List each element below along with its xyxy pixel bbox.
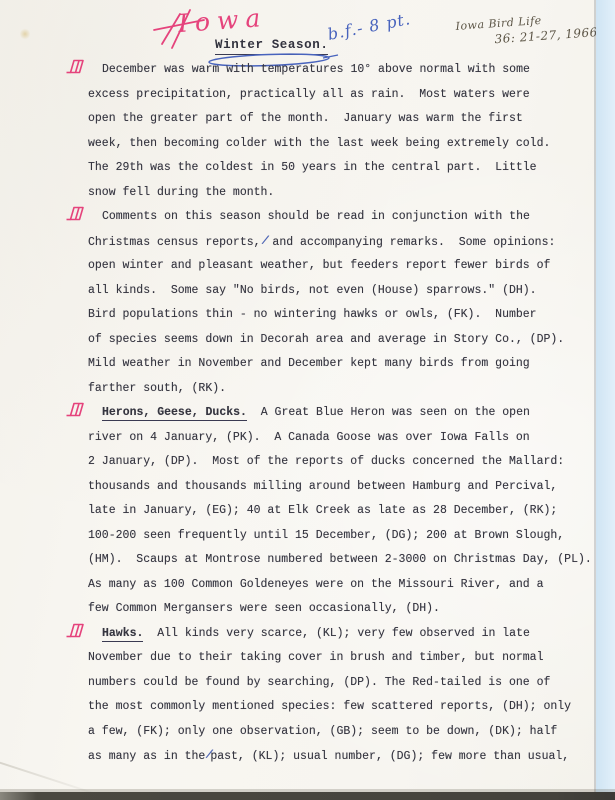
text-line: a few, (FK); only one observation, (GB);…: [88, 720, 600, 745]
pink-paragraph-mark-icon: [66, 402, 86, 428]
blue-insertion-mark-icon: ∕: [203, 743, 212, 768]
section-heading: Herons, Geese, Ducks.: [102, 406, 247, 421]
typewritten-text: December was warm with temperatures 10° …: [102, 63, 530, 76]
paper-stain: [20, 28, 30, 40]
page-title: Winter Season.: [215, 35, 328, 53]
typewritten-text: open winter and pleasant weather, but fe…: [88, 259, 550, 272]
typewritten-text: late in January, (EG); 40 at Elk Creek a…: [88, 504, 557, 517]
typewritten-text: snow fell during the month.: [88, 186, 274, 199]
handwritten-iowa-text: Iowa: [177, 3, 268, 38]
pink-paragraph-mark-icon: [66, 59, 86, 85]
section-heading: Hawks.: [102, 627, 143, 642]
text-line: farther south, (RK).: [88, 377, 600, 402]
typewritten-text: Christmas census reports,: [88, 236, 261, 249]
text-line: open the greater part of the month. Janu…: [88, 107, 600, 132]
citation-note: Iowa Bird Life 36: 21-27, 1966: [455, 10, 598, 49]
text-line: week, then becoming colder with the last…: [88, 132, 600, 157]
typewritten-text: all kinds. Some say "No birds, not even …: [88, 284, 537, 297]
typewritten-text: a few, (FK); only one observation, (GB);…: [88, 725, 557, 738]
text-line: November due to their taking cover in br…: [88, 646, 600, 671]
text-line: 2 January, (DP). Most of the reports of …: [88, 450, 600, 475]
typewritten-text: 100-200 seen frequently until 15 Decembe…: [88, 529, 564, 542]
text-line: Christmas census reports,∕ and accompany…: [88, 230, 600, 255]
typewritten-text: Comments on this season should be read i…: [102, 210, 530, 223]
text-line: numbers could be found by searching, (DP…: [88, 671, 600, 696]
text-line: As many as 100 Common Goldeneyes were on…: [88, 573, 600, 598]
text-line: snow fell during the month.: [88, 181, 600, 206]
text-line: 100-200 seen frequently until 15 Decembe…: [88, 524, 600, 549]
text-line: as many as in the∕past, (KL); usual numb…: [88, 744, 600, 769]
scanned-document-page: Iowa Winter Season. b.f.- 8 pt. Iowa Bir…: [0, 0, 615, 800]
text-line: The 29th was the coldest in 50 years in …: [88, 156, 600, 181]
typewritten-text: numbers could be found by searching, (DP…: [88, 676, 550, 689]
pink-paragraph-mark-icon: [66, 206, 86, 232]
typewritten-text: Bird populations thin - no wintering haw…: [88, 308, 537, 321]
pink-paragraph-mark-icon: [66, 623, 86, 649]
document-body: December was warm with temperatures 10° …: [0, 58, 600, 769]
text-line: December was warm with temperatures 10° …: [66, 58, 600, 83]
text-line: all kinds. Some say "No birds, not even …: [88, 279, 600, 304]
typewritten-text: the most commonly mentioned species: few…: [88, 700, 571, 713]
text-line: late in January, (EG); 40 at Elk Creek a…: [88, 499, 600, 524]
typesetting-note: b.f.- 8 pt.: [326, 9, 412, 44]
typewritten-text: A Great Blue Heron was seen on the open: [247, 406, 530, 419]
text-line: Comments on this season should be read i…: [66, 205, 600, 230]
text-line: (HM). Scaups at Montrose numbered betwee…: [88, 548, 600, 573]
text-line: thousands and thousands milling around b…: [88, 475, 600, 500]
text-line: Mild weather in November and December ke…: [88, 352, 600, 377]
text-line: few Common Mergansers were seen occasion…: [88, 597, 600, 622]
text-line: Bird populations thin - no wintering haw…: [88, 303, 600, 328]
text-line: open winter and pleasant weather, but fe…: [88, 254, 600, 279]
handwritten-iowa-annotation: Iowa: [177, 3, 268, 38]
typewritten-text: 2 January, (DP). Most of the reports of …: [88, 455, 564, 468]
typewritten-text: open the greater part of the month. Janu…: [88, 112, 523, 125]
scan-edge-shadow: [0, 792, 615, 800]
typewritten-text: few Common Mergansers were seen occasion…: [88, 602, 440, 615]
text-line: Hawks. All kinds very scarce, (KL); very…: [66, 622, 600, 647]
typewritten-text: past, (KL); usual number, (DG); few more…: [210, 750, 569, 763]
typewritten-text: thousands and thousands milling around b…: [88, 480, 557, 493]
typewritten-text: The 29th was the coldest in 50 years in …: [88, 161, 537, 174]
typewritten-text: as many as in the: [88, 750, 205, 763]
typewritten-text: excess precipitation, practically all as…: [88, 88, 530, 101]
typewritten-text: river on 4 January, (PK). A Canada Goose…: [88, 431, 530, 444]
text-line: river on 4 January, (PK). A Canada Goose…: [88, 426, 600, 451]
typewritten-text: All kinds very scarce, (KL); very few ob…: [143, 627, 529, 640]
typewritten-text: (HM). Scaups at Montrose numbered betwee…: [88, 553, 592, 566]
typewritten-text: of species seems down in Decorah area an…: [88, 333, 564, 346]
typewritten-text: Mild weather in November and December ke…: [88, 357, 530, 370]
typewritten-text: and accompanying remarks. Some opinions:: [266, 236, 556, 249]
text-line: Herons, Geese, Ducks. A Great Blue Heron…: [66, 401, 600, 426]
typewritten-text: As many as 100 Common Goldeneyes were on…: [88, 578, 543, 591]
typewritten-text: farther south, (RK).: [88, 382, 226, 395]
typewritten-text: November due to their taking cover in br…: [88, 651, 543, 664]
typewritten-text: week, then becoming colder with the last…: [88, 137, 550, 150]
text-line: of species seems down in Decorah area an…: [88, 328, 600, 353]
text-line: excess precipitation, practically all as…: [88, 83, 600, 108]
text-line: the most commonly mentioned species: few…: [88, 695, 600, 720]
scan-background-strip: [596, 0, 615, 794]
